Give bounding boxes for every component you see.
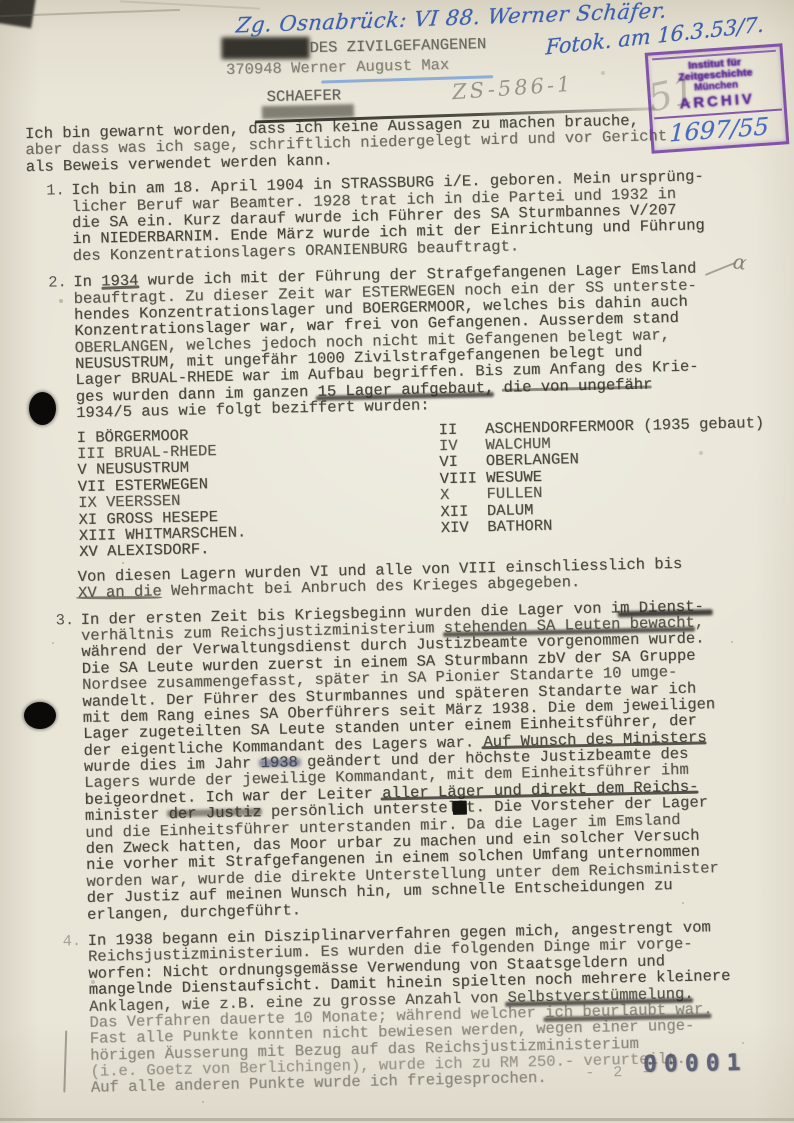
camp-list: I BÖRGERMOORIII BRUAL-RHEDEV NEUSUSTRUMV… <box>77 414 794 561</box>
paragraph-1: 1. Ich bin am 18. April 1904 in STRASSBU… <box>1 167 794 266</box>
paragraph-lines: Ich bin am 18. April 1904 in STRASSBURG … <box>71 167 794 265</box>
ink-blot <box>453 801 467 815</box>
camp-list-left-column: I BÖRGERMOORIII BRUAL-RHEDEV NEUSUSTRUMV… <box>77 422 442 561</box>
ink-smudge-1938 <box>259 758 301 767</box>
paragraph-number: 2. <box>48 274 76 422</box>
typed-body: Ich bin gewarnt worden, dass ich keine A… <box>0 109 794 1108</box>
paragraph-3: 3. In der ersten Zeit bis Kriegsbeginn w… <box>10 596 794 925</box>
page-number-stamp: 00001 <box>643 1050 748 1078</box>
wehrmacht-note: Von diesen Lagern wurden VI und alle von… <box>78 553 794 602</box>
camp-list-right-column: II ASCHENDORFERMOOR (1935 gebaut)IV WALC… <box>438 414 794 553</box>
scanned-document-page: Zg. Osnabrück: VI 88. Werner Schäfer. Fo… <box>0 0 794 1123</box>
paper-speckles <box>0 0 2 2</box>
paragraph-number: 4. <box>62 933 91 1097</box>
archive-stamp: Institut für Zeitgeschichte München ARCH… <box>645 43 790 153</box>
bottom-scan-edge <box>0 1118 794 1121</box>
paper-crease <box>120 0 260 9</box>
paragraph-number: 1. <box>46 182 73 264</box>
paragraph-lines: In der ersten Zeit bis Kriegsbeginn wurd… <box>80 596 794 923</box>
